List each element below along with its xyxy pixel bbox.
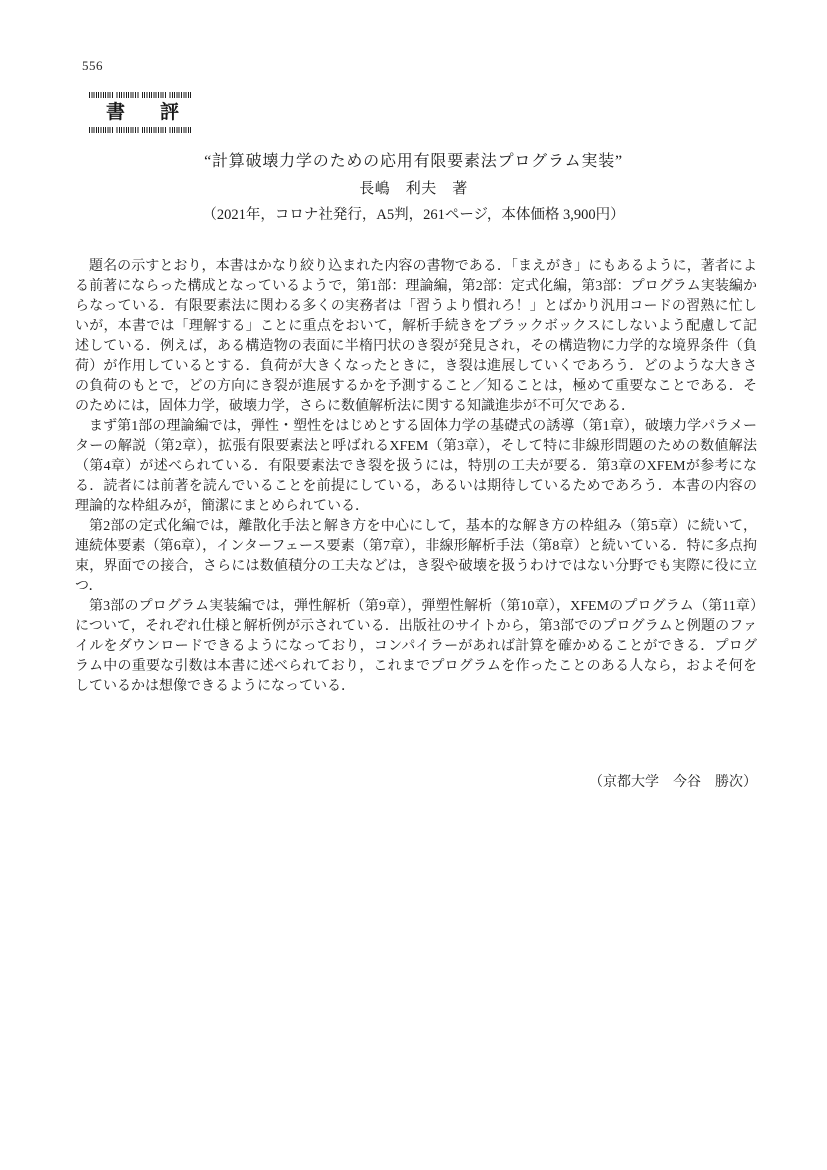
review-paragraph-4: 第3部のプログラム実装編では，弾性解析（第9章），弾塑性解析（第10章），XFE… — [75, 597, 757, 697]
publication-info: （2021年，コロナ社発行，A5判，261ページ，本体価格 3,900円） — [0, 203, 827, 224]
review-paragraph-2: まず第1部の理論編では，弾性・塑性をはじめとする固体力学の基礎式の誘導（第1章）… — [75, 417, 757, 517]
book-title: “計算破壊力学のための応用有限要素法プログラム実装” — [0, 148, 827, 171]
book-review-banner: 書 評 — [89, 92, 195, 133]
book-author-line: 長嶋 利夫 著 — [0, 177, 827, 198]
banner-char-sho: 書 — [106, 102, 125, 123]
review-body: 題名の示すとおり，本書はかなり絞り込まれた内容の書物である．「まえがき」にもある… — [75, 257, 757, 697]
page-number: 556 — [82, 58, 103, 74]
banner-hatch-rule-bottom — [89, 127, 195, 133]
journal-page: 556 書 評 “計算破壊力学のための応用有限要素法プログラム実装” 長嶋 利夫… — [0, 0, 827, 1170]
review-paragraph-3: 第2部の定式化編では，離散化手法と解き方を中心にして，基本的な解き方の枠組み（第… — [75, 517, 757, 597]
banner-char-hyo: 評 — [160, 102, 179, 123]
review-paragraph-1: 題名の示すとおり，本書はかなり絞り込まれた内容の書物である．「まえがき」にもある… — [75, 257, 757, 417]
banner-label: 書 評 — [89, 98, 195, 127]
reviewer-attribution: （京都大学 今谷 勝次） — [75, 771, 757, 791]
